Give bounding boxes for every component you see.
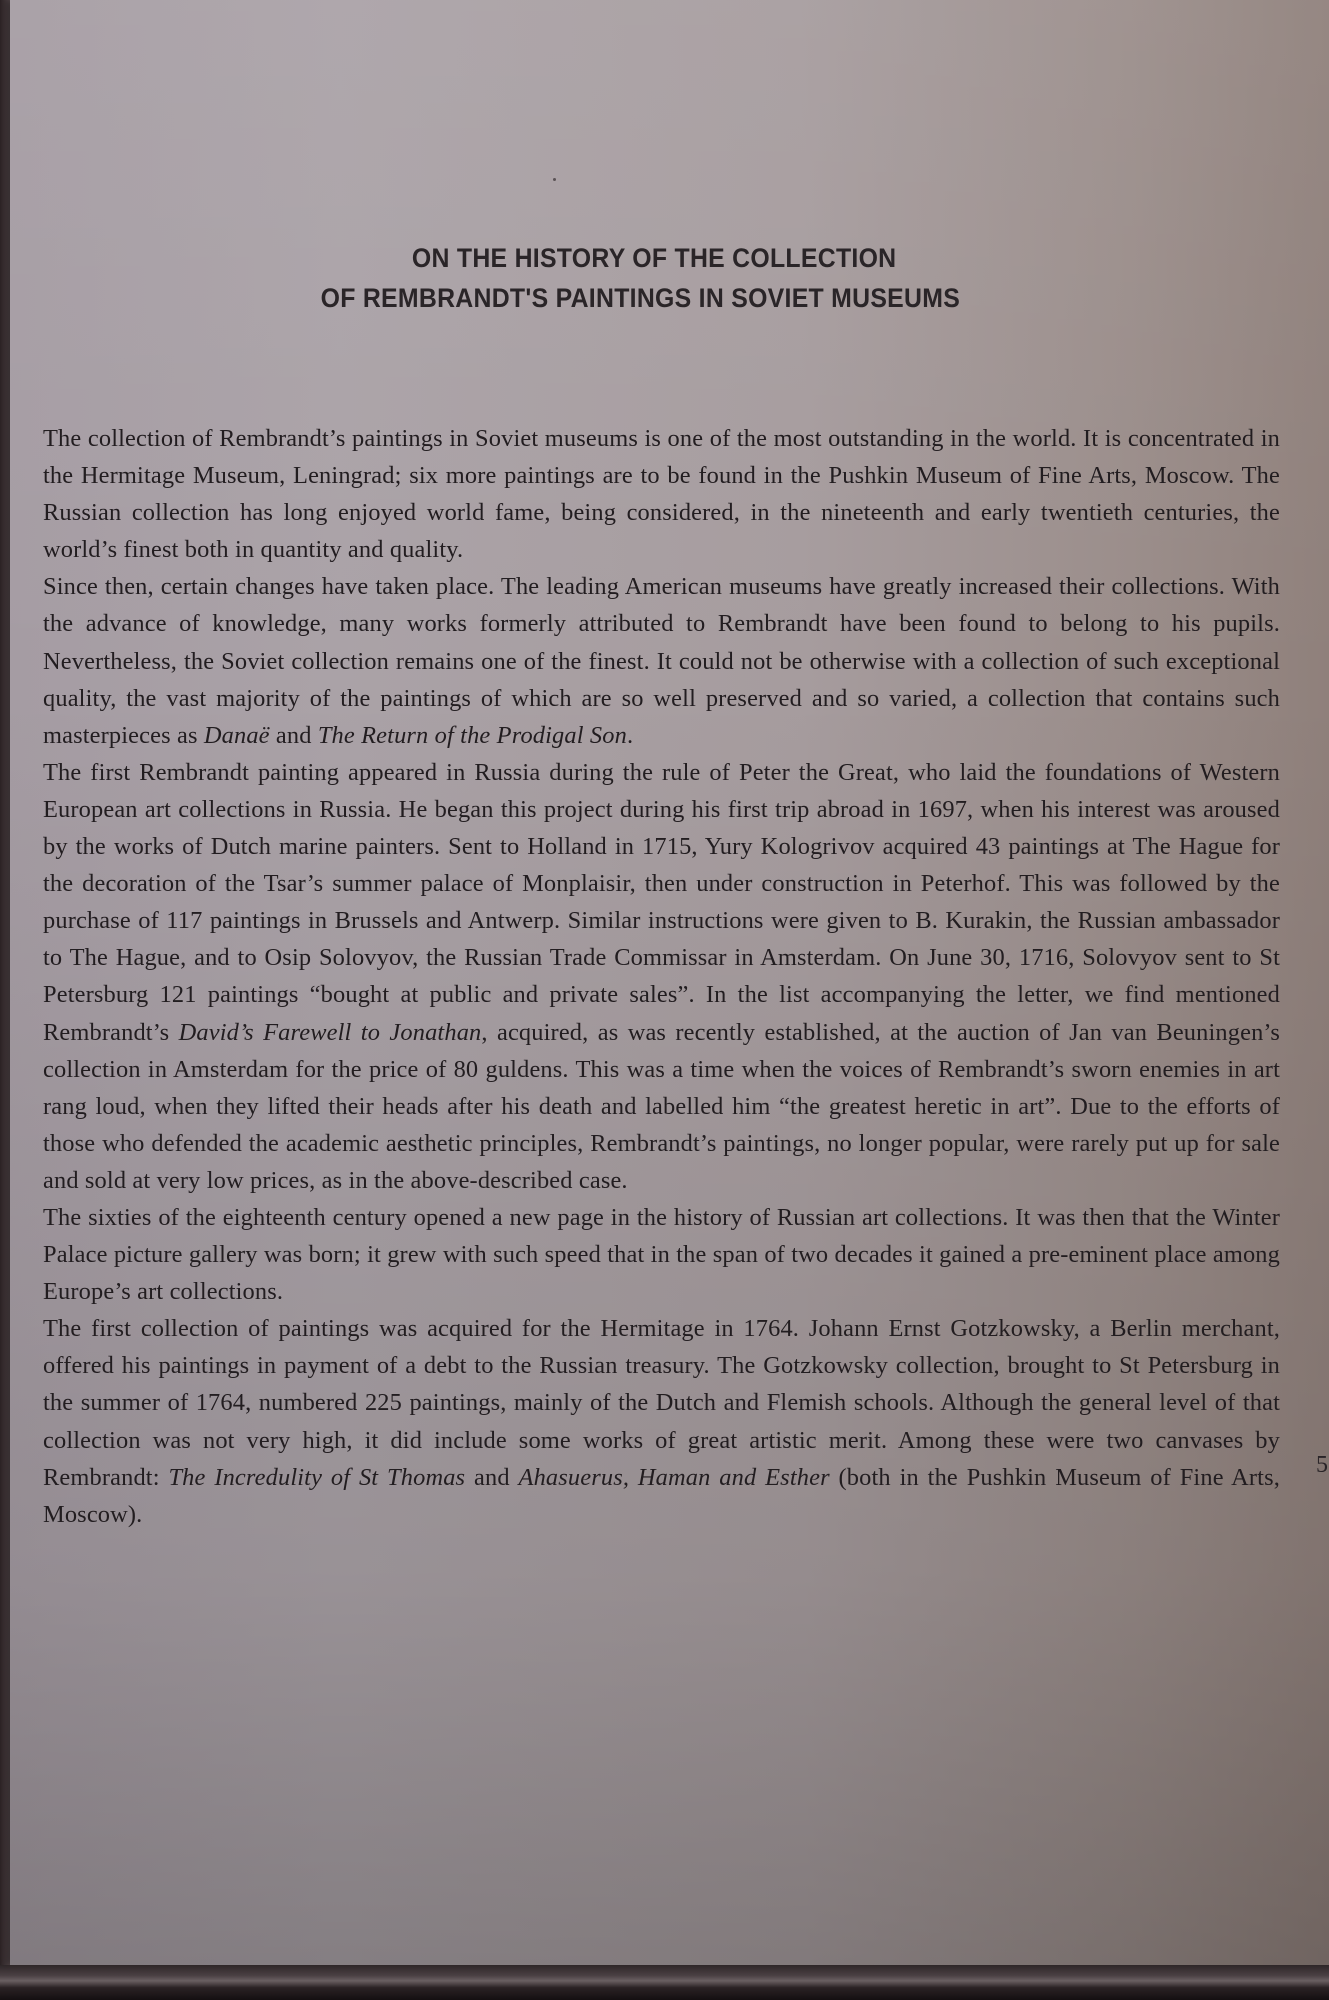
page-number: 5 (1316, 1452, 1328, 1479)
text-run: The collection of Rembrandt’s paintings … (43, 425, 1280, 563)
paragraph: The collection of Rembrandt’s paintings … (43, 420, 1280, 568)
paragraph: The sixties of the eighteenth century op… (43, 1199, 1280, 1310)
artwork-title: Ahasuerus, Haman and Esther (519, 1464, 830, 1491)
text-run: . (627, 722, 633, 749)
chapter-title-line-2: OF REMBRANDT'S PAINTINGS IN SOVIET MUSEU… (6, 278, 1275, 318)
text-run: The first Rembrandt painting appeared in… (43, 759, 1280, 1046)
body-text: The collection of Rembrandt’s paintings … (43, 420, 1280, 1533)
book-bottom-edge (0, 1965, 1329, 2000)
text-run: The sixties of the eighteenth century op… (43, 1204, 1280, 1305)
artwork-title: David’s Farewell to Jonathan (179, 1019, 482, 1046)
paragraph: The first Rembrandt painting appeared in… (43, 754, 1280, 1199)
artwork-title: Danaë (204, 722, 270, 749)
artwork-title: The Incredulity of St Thomas (168, 1464, 465, 1491)
chapter-title-line-1: ON THE HISTORY OF THE COLLECTION (34, 238, 1275, 278)
book-page: ON THE HISTORY OF THE COLLECTION OF REMB… (10, 0, 1329, 1965)
paragraph: Since then, certain changes have taken p… (43, 568, 1280, 753)
text-run: and (270, 722, 318, 749)
chapter-title: ON THE HISTORY OF THE COLLECTION OF REMB… (61, 238, 1274, 318)
artwork-title: The Return of the Prodigal Son (318, 722, 627, 749)
paragraph: The first collection of paintings was ac… (43, 1310, 1280, 1533)
text-run: and (465, 1464, 518, 1491)
paper-speck (553, 178, 556, 181)
